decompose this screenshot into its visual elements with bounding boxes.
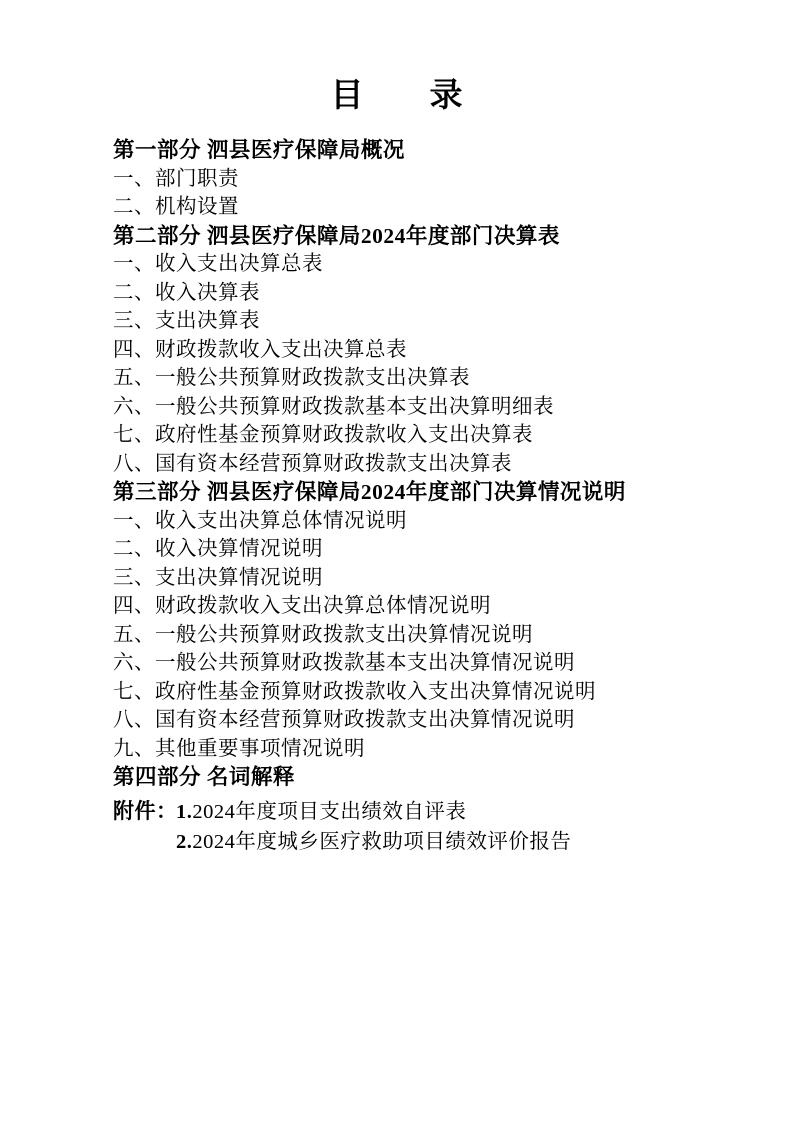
toc-item: 二、收入决算情况说明 [113, 535, 738, 564]
toc-item: 七、政府性基金预算财政拨款收入支出决算表 [113, 421, 738, 450]
section-heading-part3: 第三部分 泗县医疗保障局2024年度部门决算情况说明 [113, 478, 738, 507]
attachments-block: 附件：1.2024年度项目支出绩效自评表 2.2024年度城乡医疗救助项目绩效评… [0, 796, 793, 857]
table-of-contents: 第一部分 泗县医疗保障局概况 一、部门职责 二、机构设置 第二部分 泗县医疗保障… [0, 136, 793, 792]
attachment-title: 2024年度城乡医疗救助项目绩效评价报告 [192, 831, 571, 853]
section-heading-part1: 第一部分 泗县医疗保障局概况 [113, 136, 738, 165]
toc-item: 一、部门职责 [113, 165, 738, 194]
toc-item: 四、财政拨款收入支出决算总体情况说明 [113, 592, 738, 621]
toc-item: 八、国有资本经营预算财政拨款支出决算情况说明 [113, 706, 738, 735]
toc-item: 九、其他重要事项情况说明 [113, 735, 738, 764]
toc-item: 五、一般公共预算财政拨款支出决算情况说明 [113, 621, 738, 650]
toc-item: 七、政府性基金预算财政拨款收入支出决算情况说明 [113, 678, 738, 707]
attachments-label: 附件： [113, 796, 176, 826]
toc-item: 八、国有资本经营预算财政拨款支出决算表 [113, 450, 738, 479]
toc-item: 二、收入决算表 [113, 279, 738, 308]
section-heading-part4: 第四部分 名词解释 [113, 763, 738, 792]
section-heading-part2: 第二部分 泗县医疗保障局2024年度部门决算表 [113, 222, 738, 251]
attachment-line: 附件：1.2024年度项目支出绩效自评表 [113, 796, 793, 827]
toc-item: 四、财政拨款收入支出决算总表 [113, 336, 738, 365]
toc-item: 六、一般公共预算财政拨款基本支出决算情况说明 [113, 649, 738, 678]
attachment-line: 2.2024年度城乡医疗救助项目绩效评价报告 [113, 827, 793, 857]
attachment-number: 1. [176, 801, 192, 823]
toc-item: 六、一般公共预算财政拨款基本支出决算明细表 [113, 393, 738, 422]
toc-item: 五、一般公共预算财政拨款支出决算表 [113, 364, 738, 393]
toc-item: 二、机构设置 [113, 193, 738, 222]
document-page: 目 录 第一部分 泗县医疗保障局概况 一、部门职责 二、机构设置 第二部分 泗县… [0, 0, 793, 1122]
document-title: 目 录 [0, 0, 793, 118]
toc-item: 三、支出决算表 [113, 307, 738, 336]
toc-item: 一、收入支出决算总体情况说明 [113, 507, 738, 536]
toc-item: 三、支出决算情况说明 [113, 564, 738, 593]
attachment-title: 2024年度项目支出绩效自评表 [192, 801, 466, 823]
attachment-number: 2. [176, 831, 192, 853]
toc-item: 一、收入支出决算总表 [113, 250, 738, 279]
